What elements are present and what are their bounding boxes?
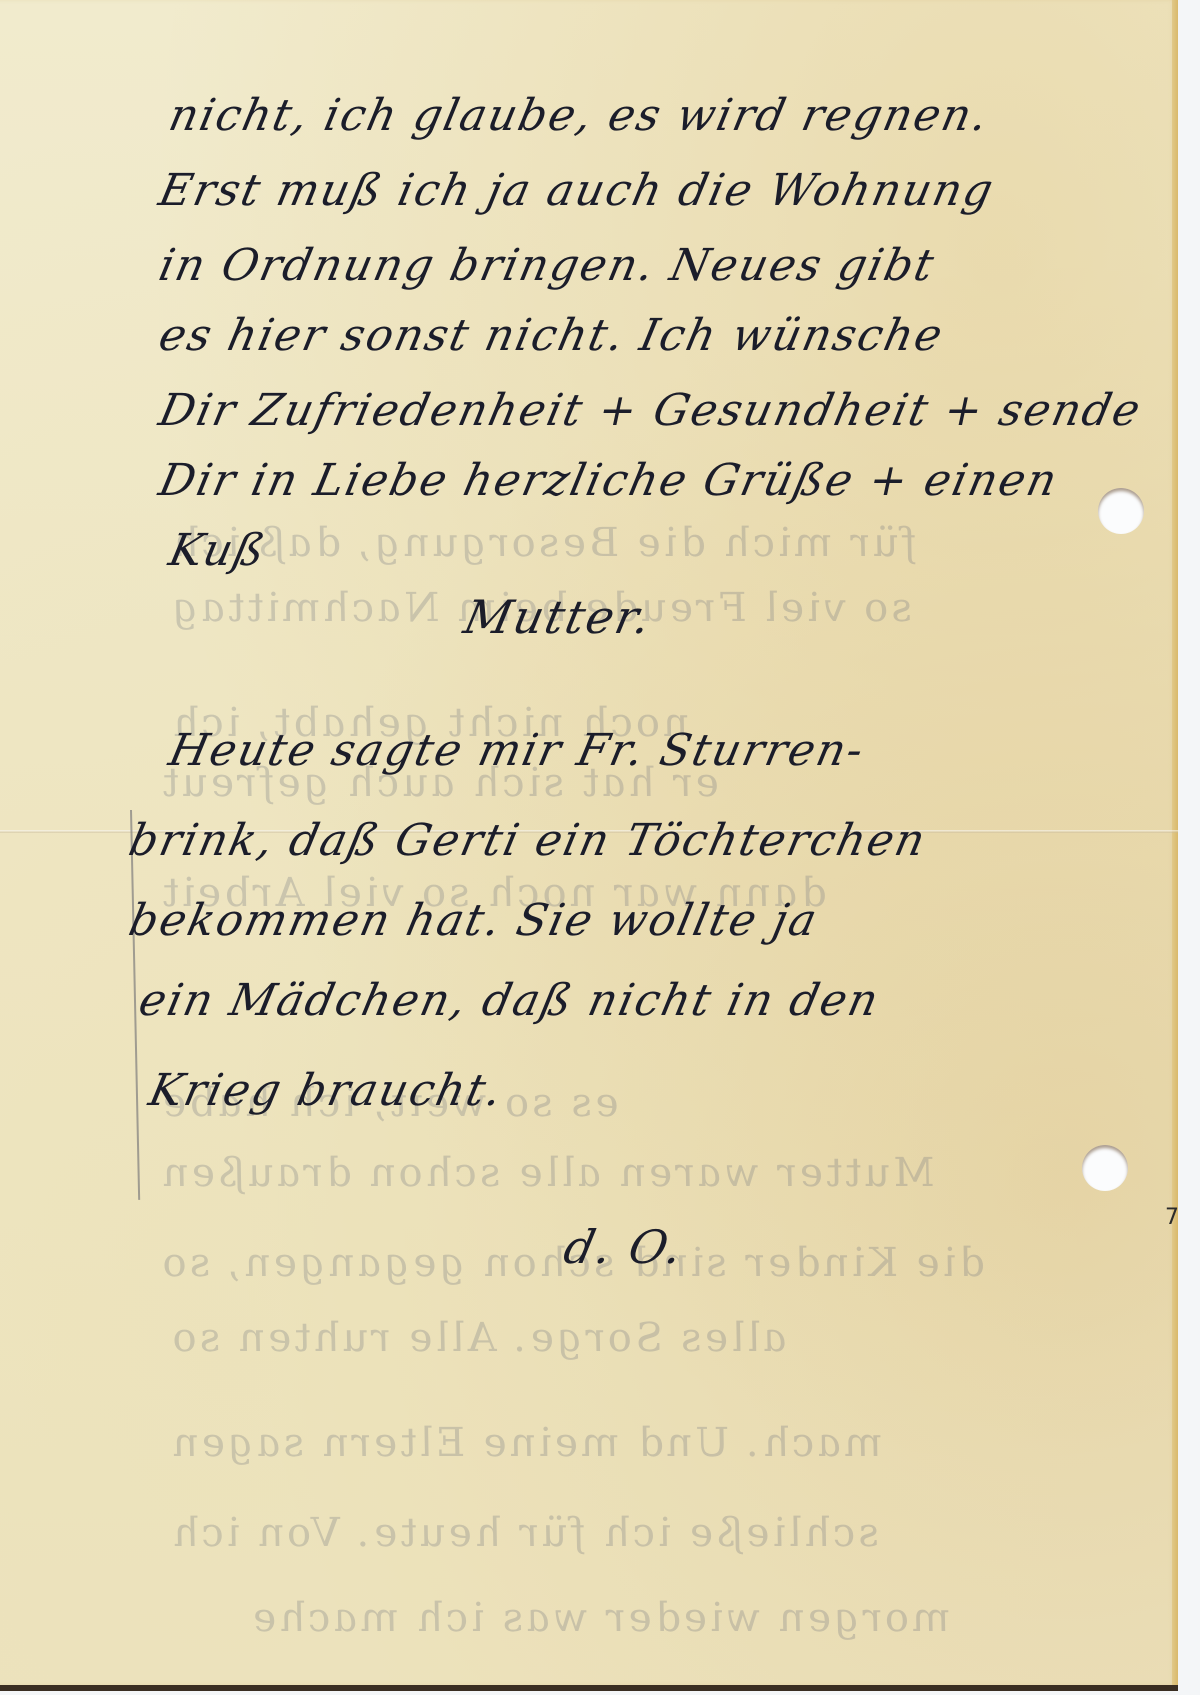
bleed-through-line: schließe ich für heute. Von ich	[166, 1510, 883, 1556]
letter-line: Dir in Liebe herzliche Grüße + einen	[155, 455, 1063, 506]
postscript-line: Krieg braucht.	[145, 1065, 508, 1116]
letter-page: für mich die Besorgung, daß ich so viel …	[0, 0, 1178, 1685]
postscript-line: brink, daß Gerti ein Töchterchen	[125, 815, 932, 866]
punch-hole	[1098, 488, 1144, 534]
punch-hole	[1082, 1145, 1128, 1191]
letter-line: Erst muß ich ja auch die Wohnung	[155, 165, 1000, 216]
bleed-through-line: alles Sorge. Alle ruhten so	[166, 1315, 791, 1361]
paper-bottom-edge	[0, 1685, 1178, 1691]
letter-line: nicht, ich glaube, es wird regnen.	[165, 90, 994, 141]
edge-mark: 7	[1165, 1205, 1179, 1230]
letter-line: in Ordnung bringen. Neues gibt	[155, 240, 940, 291]
paper-edge	[1172, 0, 1178, 1685]
bleed-through-line: für mich die Besorgung, daß ich	[166, 520, 921, 566]
letter-line: es hier sonst nicht. Ich wünsche	[155, 310, 949, 361]
letter-line: Dir Zufriedenheit + Gesundheit + sende	[155, 385, 1147, 436]
postscript-line: bekommen hat. Sie wollte ja	[125, 895, 823, 946]
bleed-through-line: morgen wieder was ich mache	[246, 1595, 954, 1641]
bleed-through-line: mach. Und meine Eltern sagen	[166, 1420, 887, 1466]
postscript-line: ein Mädchen, daß nicht in den	[135, 975, 885, 1026]
postscript-line: Heute sagte mir Fr. Sturren-	[165, 725, 870, 776]
letter-line: Kuß	[165, 525, 271, 576]
postscript-signature: d. O.	[559, 1220, 689, 1274]
bleed-through-line: Mutter waren alle schon draußen	[156, 1150, 938, 1196]
letter-signature: Mutter.	[459, 590, 657, 644]
